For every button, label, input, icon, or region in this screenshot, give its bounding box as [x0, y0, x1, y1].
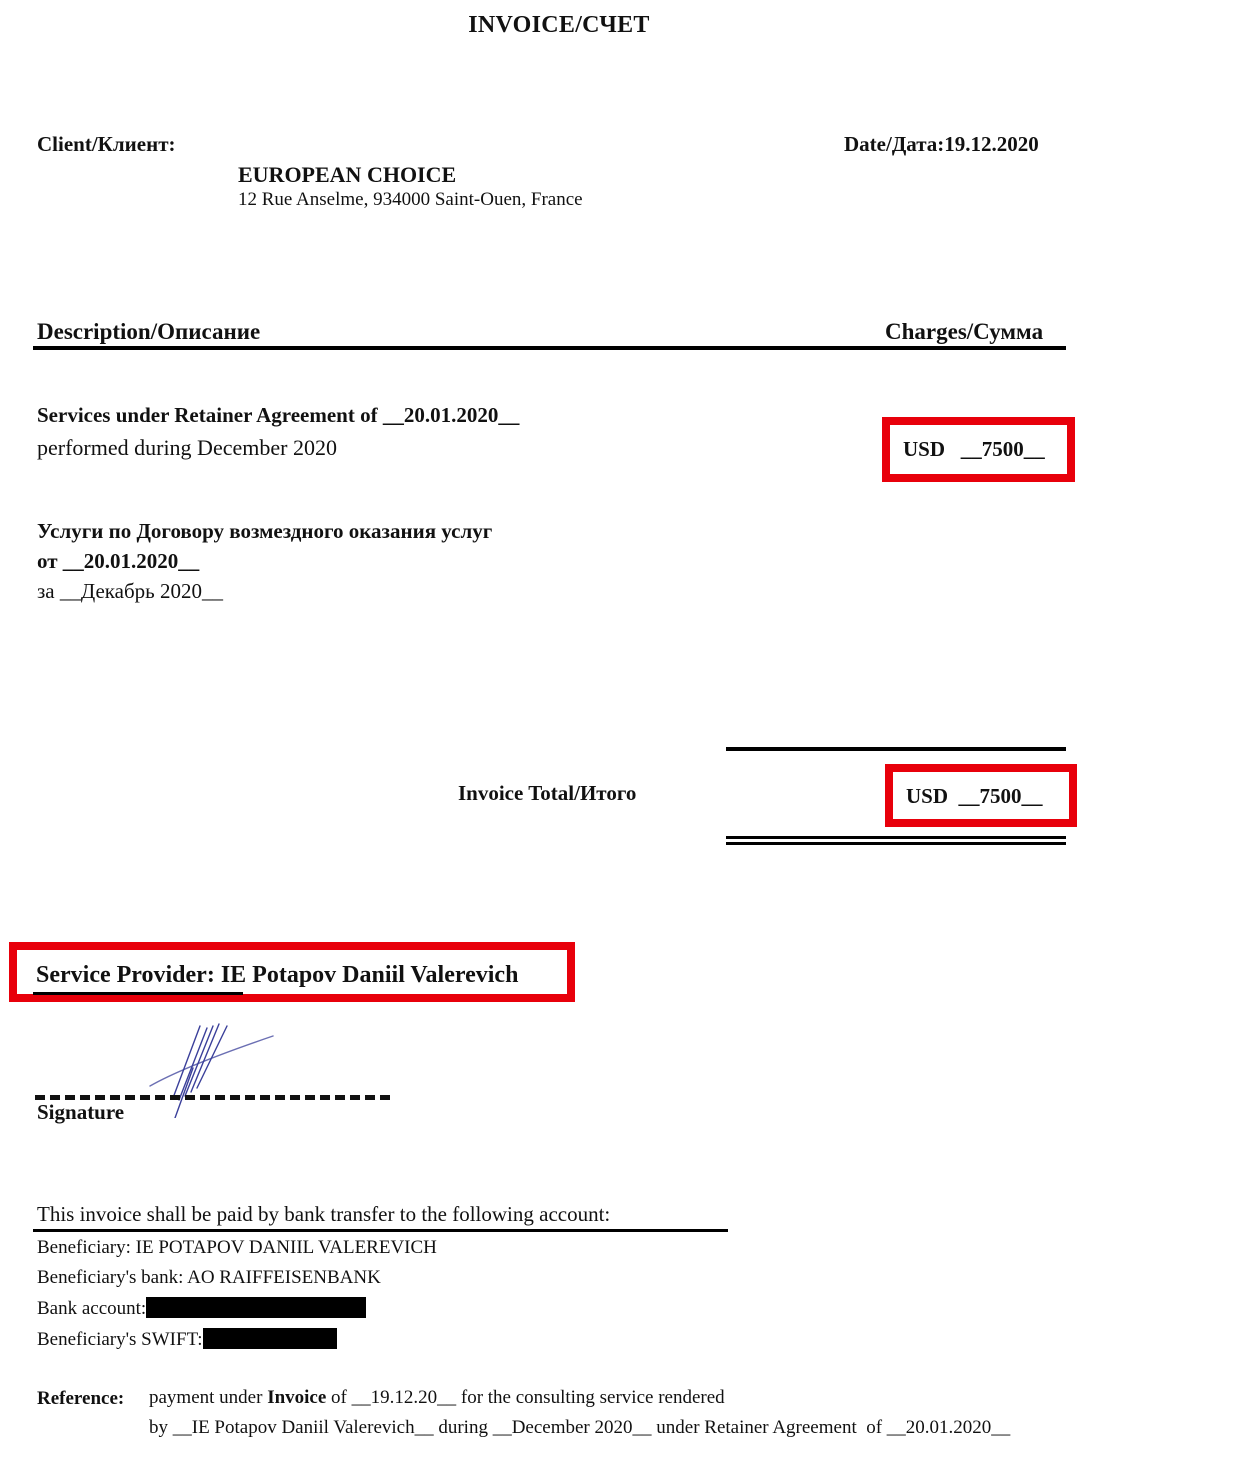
swift-redaction — [203, 1328, 337, 1349]
invoice-date: Date/Дата:19.12.2020 — [844, 132, 1039, 157]
date-value: 19.12.2020 — [944, 132, 1039, 156]
service-provider: Service Provider: IE Potapov Daniil Vale… — [36, 962, 518, 989]
service-provider-name: IE Potapov Daniil Valerevich — [215, 962, 519, 988]
header-divider — [33, 346, 1066, 350]
item-amount-highlight: USD __7500__ — [882, 417, 1075, 482]
beneficiary-swift: Beneficiary's SWIFT: — [37, 1328, 337, 1351]
item-description-ru-3: за __Декабрь 2020__ — [37, 579, 223, 604]
service-provider-highlight: Service Provider: IE Potapov Daniil Vale… — [9, 942, 575, 1002]
bank-account-label: Bank account: — [37, 1298, 146, 1319]
client-address: 12 Rue Anselme, 934000 Saint-Ouen, Franc… — [238, 189, 583, 211]
reference-text-b: of __19.12.20__ for the consulting servi… — [326, 1387, 724, 1408]
swift-label: Beneficiary's SWIFT: — [37, 1329, 203, 1350]
beneficiary: Beneficiary: IE POTAPOV DANIIL VALEREVIC… — [37, 1237, 437, 1259]
bank-account: Bank account: — [37, 1297, 366, 1320]
item-description-en-2: performed during December 2020 — [37, 435, 337, 461]
service-provider-label: Service Provider: — [36, 962, 215, 988]
payment-instructions: This invoice shall be paid by bank trans… — [37, 1202, 610, 1227]
invoice-total-label: Invoice Total/Итого — [458, 781, 636, 806]
reference-invoice-word: Invoice — [267, 1387, 326, 1408]
reference-text-a: payment under — [149, 1387, 267, 1408]
reference-line-1: payment under Invoice of __19.12.20__ fo… — [149, 1387, 725, 1409]
client-name: EUROPEAN CHOICE — [238, 162, 456, 188]
invoice-title: INVOICE/СЧЕТ — [0, 12, 1118, 39]
reference-label: Reference: — [37, 1388, 124, 1410]
payment-divider — [33, 1229, 728, 1232]
item-description-en-1: Services under Retainer Agreement of __2… — [37, 403, 519, 428]
total-amount-highlight: USD __7500__ — [885, 764, 1077, 827]
description-header: Description/Описание — [37, 319, 260, 345]
provider-label-underline — [33, 992, 243, 995]
total-double-rule-bottom — [726, 842, 1066, 845]
total-amount: USD __7500__ — [906, 784, 1043, 809]
item-description-ru-1: Услуги по Договору возмездного оказания … — [37, 519, 492, 544]
signature-label: Signature — [37, 1100, 124, 1125]
date-label: Date/Дата: — [844, 132, 944, 156]
item-amount: USD __7500__ — [903, 437, 1045, 462]
total-double-rule-top — [726, 836, 1066, 839]
item-description-ru-2: от __20.01.2020__ — [37, 549, 199, 574]
handwritten-signature-icon — [145, 1018, 280, 1118]
client-label: Client/Клиент: — [37, 132, 176, 157]
reference-line-2: by __IE Potapov Daniil Valerevich__ duri… — [149, 1417, 1010, 1439]
beneficiary-bank: Beneficiary's bank: AO RAIFFEISENBANK — [37, 1267, 381, 1289]
total-top-divider — [726, 747, 1066, 751]
charges-header: Charges/Сумма — [885, 319, 1043, 345]
bank-account-redaction — [146, 1297, 366, 1318]
